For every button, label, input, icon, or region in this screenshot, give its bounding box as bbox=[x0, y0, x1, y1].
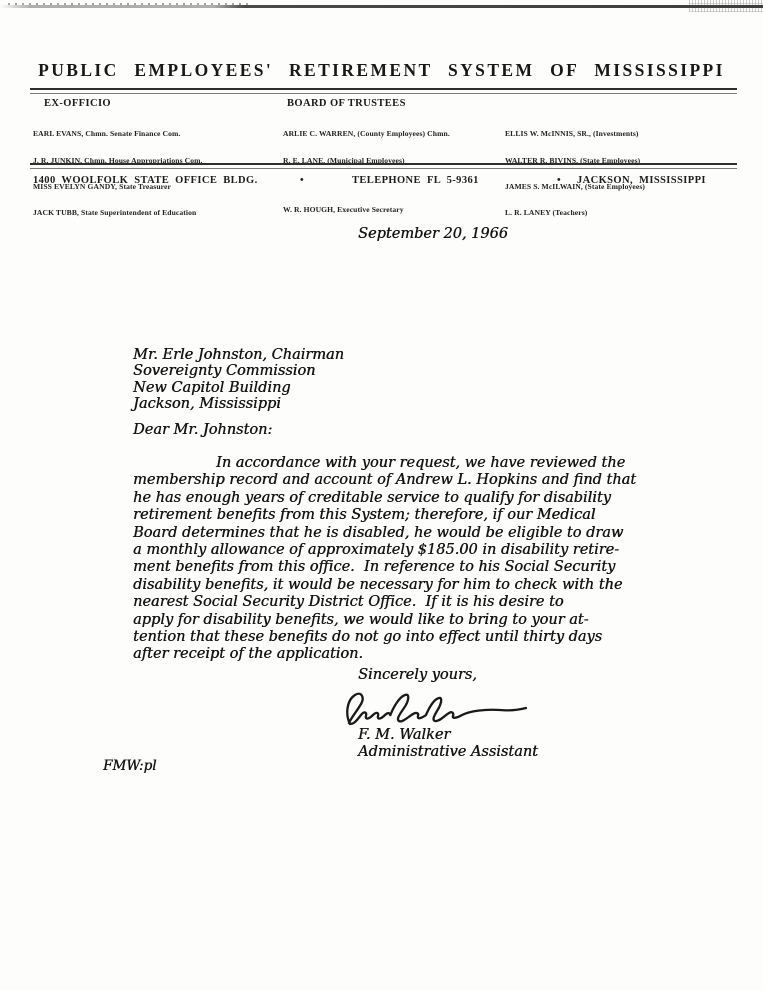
letter-page: PUBLIC EMPLOYEES' RETIREMENT SYSTEM OF M… bbox=[0, 0, 763, 990]
body-line: Board determines that he is disabled, he… bbox=[133, 525, 638, 542]
body-line: after receipt of the application. bbox=[133, 646, 638, 663]
body-line: retirement benefits from this System; th… bbox=[133, 507, 638, 524]
signer-name: F. M. Walker bbox=[358, 727, 538, 744]
letterhead-rule-bottom bbox=[30, 163, 737, 169]
recipient-line: Jackson, Mississippi bbox=[133, 396, 344, 412]
scan-artifact-top-line bbox=[0, 5, 763, 8]
recipient-line: Mr. Erle Johnston, Chairman bbox=[133, 347, 344, 363]
body-line: disability benefits, it would be necessa… bbox=[133, 577, 638, 594]
closing: Sincerely yours, bbox=[358, 667, 477, 683]
recipient-line: Sovereignty Commission bbox=[133, 363, 344, 379]
board-member: L. R. LANEY (Teachers) bbox=[505, 209, 645, 218]
bullet-icon: • bbox=[300, 175, 304, 186]
ex-officio-member: EARL EVANS, Chmn. Senate Finance Com. bbox=[33, 130, 203, 139]
ex-officio-label: EX-OFFICIO bbox=[44, 98, 111, 109]
address-telephone: TELEPHONE FL 5-9361 bbox=[352, 175, 479, 186]
body-line: tention that these benefits do not go in… bbox=[133, 629, 638, 646]
ex-officio-members: EARL EVANS, Chmn. Senate Finance Com. J.… bbox=[33, 113, 203, 235]
reference-initials: FMW:pl bbox=[103, 758, 156, 774]
board-members-column-2: ELLIS W. McINNIS, SR., (Investments) WAL… bbox=[505, 113, 645, 235]
letterhead-rule-top bbox=[30, 88, 737, 94]
board-members-column-1: ARLIE C. WARREN, (County Employees) Chmn… bbox=[283, 113, 450, 232]
address-bar: 1400 WOOLFOLK STATE OFFICE BLDG. • TELEP… bbox=[0, 175, 763, 189]
signature-block: F. M. Walker Administrative Assistant bbox=[358, 727, 538, 761]
body-line: ment benefits from this office. In refer… bbox=[133, 559, 638, 576]
body-line: he has enough years of creditable servic… bbox=[133, 490, 638, 507]
address-city: JACKSON, MISSISSIPPI bbox=[577, 175, 706, 186]
bullet-icon: • bbox=[557, 175, 561, 186]
address-building: 1400 WOOLFOLK STATE OFFICE BLDG. bbox=[33, 175, 258, 186]
body-line: apply for disability benefits, we would … bbox=[133, 612, 638, 629]
salutation: Dear Mr. Johnston: bbox=[133, 422, 272, 438]
signer-title: Administrative Assistant bbox=[358, 744, 538, 761]
recipient-line: New Capitol Building bbox=[133, 380, 344, 396]
ex-officio-member: JACK TUBB, State Superintendent of Educa… bbox=[33, 209, 203, 218]
body-line: membership record and account of Andrew … bbox=[133, 472, 638, 489]
executive-secretary: W. R. HOUGH, Executive Secretary bbox=[283, 206, 450, 215]
recipient-address: Mr. Erle Johnston, Chairman Sovereignty … bbox=[133, 347, 344, 412]
body-line: a monthly allowance of approximately $18… bbox=[133, 542, 638, 559]
scan-artifact-corner-noise bbox=[689, 0, 763, 12]
board-member: ARLIE C. WARREN, (County Employees) Chmn… bbox=[283, 130, 450, 139]
board-of-trustees-label: BOARD OF TRUSTEES bbox=[287, 98, 406, 109]
body-line: In accordance with your request, we have… bbox=[133, 455, 638, 472]
body-line: nearest Social Security District Office.… bbox=[133, 594, 638, 611]
letterhead-title: PUBLIC EMPLOYEES' RETIREMENT SYSTEM OF M… bbox=[20, 60, 743, 81]
date-line: September 20, 1966 bbox=[358, 226, 508, 242]
body-paragraph: In accordance with your request, we have… bbox=[133, 455, 638, 664]
board-member: ELLIS W. McINNIS, SR., (Investments) bbox=[505, 130, 645, 139]
